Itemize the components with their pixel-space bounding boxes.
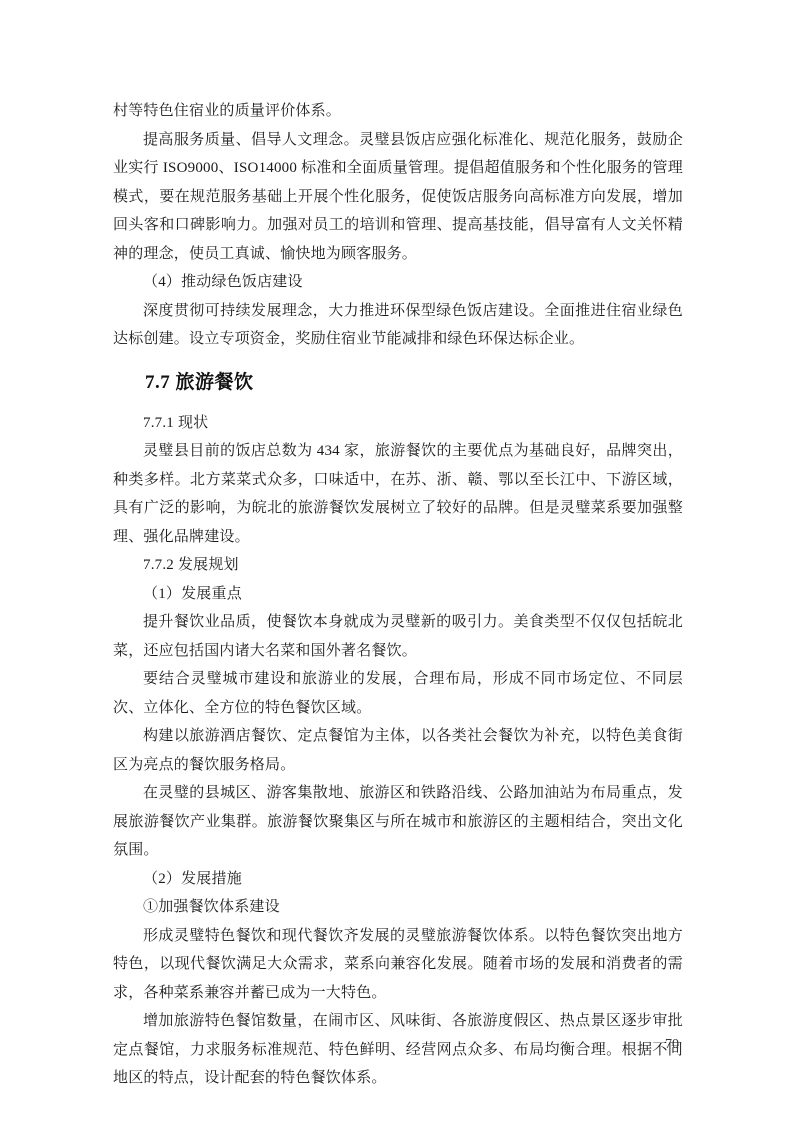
paragraph: 在灵璧的县城区、游客集散地、旅游区和铁路沿线、公路加油站为布局重点，发展旅游餐饮… [113, 779, 683, 865]
paragraph: 构建以旅游酒店餐饮、定点餐馆为主体，以各类社会餐饮为补充，以特色美食街区为亮点的… [113, 722, 683, 779]
paragraph: 提升餐饮业品质，使餐饮本身就成为灵璧新的吸引力。美食类型不仅仅包括皖北菜，还应包… [113, 608, 683, 665]
paragraph: 增加旅游特色餐馆数量，在闹市区、风味街、各旅游度假区、热点景区逐步审批定点餐馆，… [113, 1007, 683, 1093]
subsection-title: （4）推动绿色饭店建设 [113, 268, 683, 297]
paragraph: 形成灵璧特色餐饮和现代餐饮齐发展的灵璧旅游餐饮体系。以特色餐饮突出地方特色，以现… [113, 922, 683, 1008]
paragraph: 村等特色住宿业的质量评价体系。 [113, 97, 683, 126]
subsection-title: （1）发展重点 [113, 580, 683, 609]
subsection-title: 7.7.2 发展规划 [113, 551, 683, 580]
section-heading: 7.7 旅游餐饮 [113, 369, 683, 397]
subsection-title: ①加强餐饮体系建设 [113, 893, 683, 922]
paragraph: 灵璧县目前的饭店总数为 434 家，旅游餐饮的主要优点为基础良好，品牌突出，种类… [113, 437, 683, 551]
subsection-title: （2）发展措施 [113, 865, 683, 894]
subsection-title: 7.7.1 现状 [113, 409, 683, 438]
paragraph: 深度贯彻可持续发展理念，大力推进环保型绿色饭店建设。全面推进住宿业绿色达标创建。… [113, 297, 683, 354]
document-page: 村等特色住宿业的质量评价体系。 提高服务质量、倡导人文理念。灵璧县饭店应强化标准… [0, 0, 793, 1122]
paragraph: 要结合灵璧城市建设和旅游业的发展，合理布局，形成不同市场定位、不同层次、立体化、… [113, 665, 683, 722]
page-number: 70 [665, 1036, 679, 1054]
page-content: 村等特色住宿业的质量评价体系。 提高服务质量、倡导人文理念。灵璧县饭店应强化标准… [113, 97, 683, 1093]
paragraph: 提高服务质量、倡导人文理念。灵璧县饭店应强化标准化、规范化服务，鼓励企业实行 I… [113, 126, 683, 269]
